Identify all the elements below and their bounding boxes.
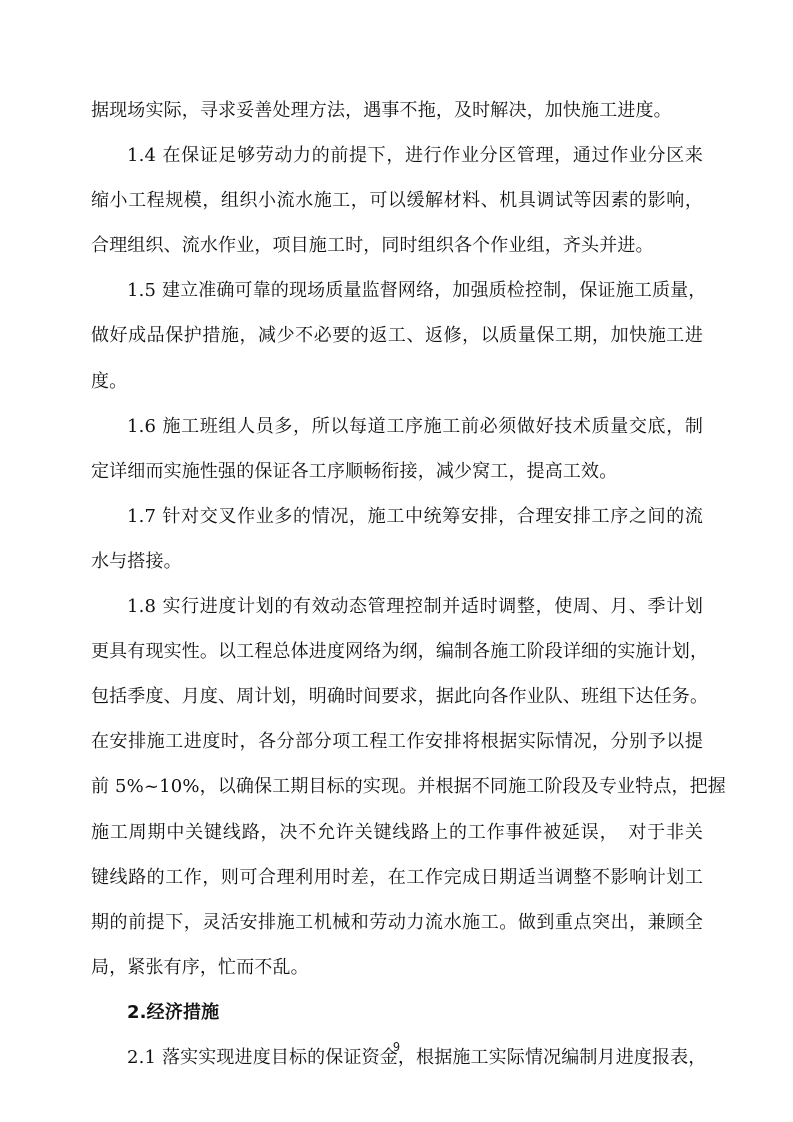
- text-line: 1.5 建立准确可靠的现场质量监督网络，加强质检控制，保证施工质量，: [91, 268, 703, 313]
- text-line: 键线路的工作，则可合理利用时差，在工作完成日期适当调整不影响计划工: [91, 855, 703, 900]
- text-line: 期的前提下，灵活安排施工机械和劳动力流水施工。做到重点突出，兼顾全: [91, 900, 703, 945]
- text-line: 缩小工程规模，组织小流水施工，可以缓解材料、机具调试等因素的影响，: [91, 178, 703, 223]
- text-line: 定详细而实施性强的保证各工序顺畅衔接，减少窝工，提高工效。: [91, 449, 703, 494]
- text-line: 1.7 针对交叉作业多的情况，施工中统筹安排，合理安排工序之间的流: [91, 494, 703, 539]
- text-line: 更具有现实性。以工程总体进度网络为纲，编制各施工阶段详细的实施计划，: [91, 629, 703, 674]
- page-number: 9: [0, 1040, 793, 1054]
- text-line: 1.6 施工班组人员多，所以每道工序施工前必须做好技术质量交底，制: [91, 404, 703, 449]
- text-line: 1.8 实行进度计划的有效动态管理控制并适时调整，使周、月、季计划: [91, 584, 703, 629]
- text-line: 度。: [91, 359, 703, 404]
- text-line: 水与搭接。: [91, 539, 703, 584]
- text-line: 合理组织、流水作业，项目施工时，同时组织各个作业组，齐头并进。: [91, 223, 703, 268]
- section-heading-economic-measures: 2.经济措施: [91, 990, 703, 1035]
- body-text: 据现场实际，寻求妥善处理方法，遇事不拖，及时解决，加快施工进度。1.4 在保证足…: [91, 88, 703, 990]
- text-line: 局，紧张有序，忙而不乱。: [91, 945, 703, 990]
- text-line: 做好成品保护措施，减少不必要的返工、返修，以质量保工期，加快施工进: [91, 313, 703, 358]
- text-line: 前 5%~10%，以确保工期目标的实现。并根据不同施工阶段及专业特点，把握: [91, 764, 703, 809]
- text-line: 据现场实际，寻求妥善处理方法，遇事不拖，及时解决，加快施工进度。: [91, 88, 703, 133]
- text-line: 1.4 在保证足够劳动力的前提下，进行作业分区管理，通过作业分区来: [91, 133, 703, 178]
- text-line: 在安排施工进度时，各分部分项工程工作安排将根据实际情况，分别予以提: [91, 719, 703, 764]
- text-line: 包括季度、月度、周计划，明确时间要求，据此向各作业队、班组下达任务。: [91, 674, 703, 719]
- document-page: 据现场实际，寻求妥善处理方法，遇事不拖，及时解决，加快施工进度。1.4 在保证足…: [91, 88, 703, 1080]
- text-line: 施工周期中关键线路，决不允许关键线路上的工作事件被延误， 对于非关: [91, 810, 703, 855]
